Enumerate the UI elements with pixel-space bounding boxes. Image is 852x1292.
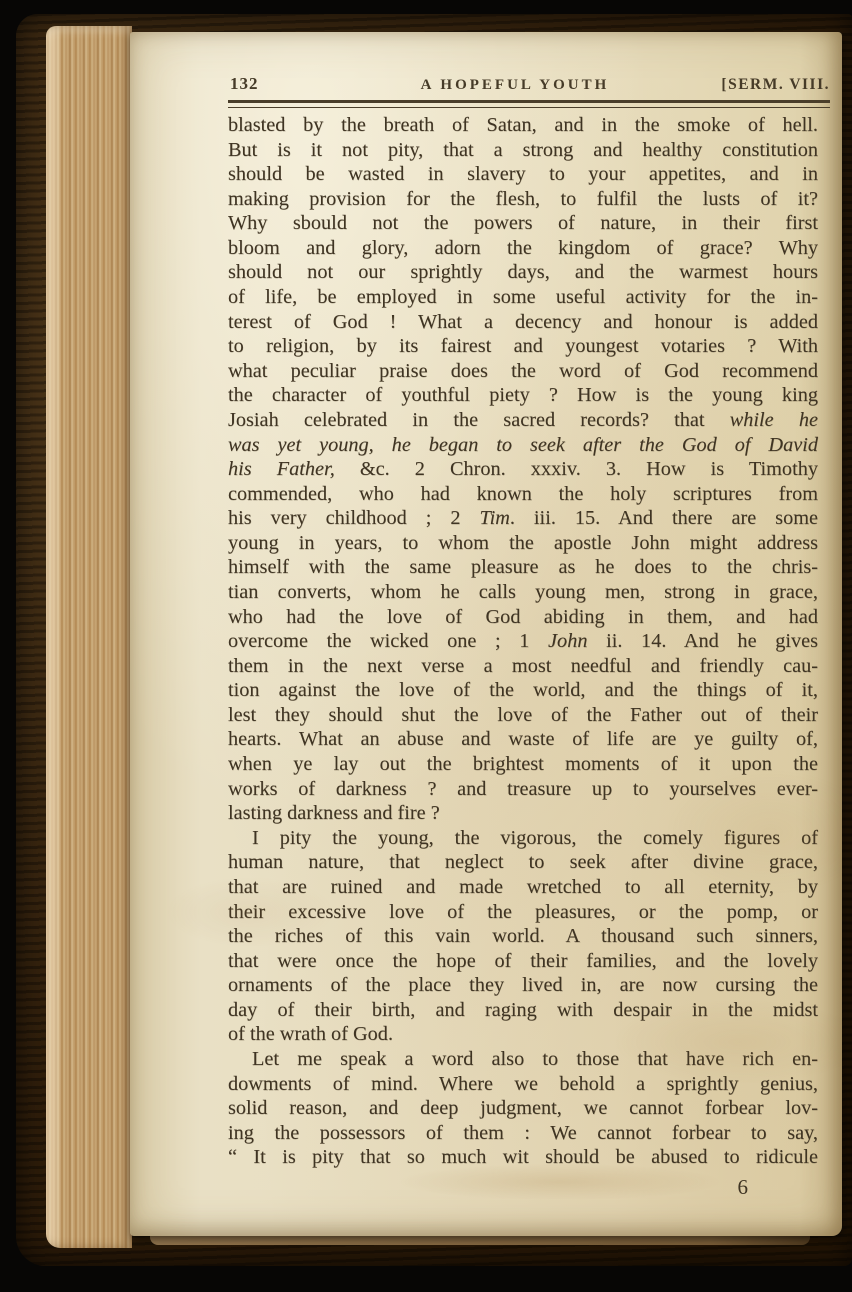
signature-row: 6 xyxy=(228,1175,818,1200)
page-fore-edge xyxy=(46,26,132,1248)
text-line: overcome the wicked one ; 1 John ii. 14.… xyxy=(228,629,818,654)
text-line: should be wasted in slavery to your appe… xyxy=(228,162,818,187)
text-line: ornaments of the place they lived in, ar… xyxy=(228,973,818,998)
text-line: what peculiar praise does the word of Go… xyxy=(228,359,818,384)
signature-mark: 6 xyxy=(738,1175,749,1200)
text-line: that are ruined and made wretched to all… xyxy=(228,875,818,900)
text-line: tion against the love of the world, and … xyxy=(228,678,818,703)
text-line: terest of God ! What a decency and honou… xyxy=(228,310,818,335)
text-line: I pity the young, the vigorous, the come… xyxy=(228,826,818,851)
text-line: to religion, by its fairest and youngest… xyxy=(228,334,818,359)
text-line: lasting darkness and fire ? xyxy=(228,801,818,826)
text-line: But is it not pity, that a strong and he… xyxy=(228,138,818,163)
text-line: Let me speak a word also to those that h… xyxy=(228,1047,818,1072)
body-text: blasted by the breath of Satan, and in t… xyxy=(228,113,818,1170)
text-line: Josiah celebrated in the sacred records?… xyxy=(228,408,818,433)
text-line: day of their birth, and raging with desp… xyxy=(228,998,818,1023)
text-line: tian converts, whom he calls young men, … xyxy=(228,580,818,605)
text-line: solid reason, and deep judgment, we cann… xyxy=(228,1096,818,1121)
running-title: A HOPEFUL YOUTH xyxy=(421,77,610,94)
text-line: when ye lay out the brightest moments of… xyxy=(228,752,818,777)
header-rule xyxy=(228,100,830,108)
text-line: their excessive love of the pleasures, o… xyxy=(228,900,818,925)
book-page: 132 A HOPEFUL YOUTH [SERM. VIII. blasted… xyxy=(130,32,842,1236)
text-line: was yet young, he began to seek after th… xyxy=(228,433,818,458)
text-line: Why sbould not the powers of nature, in … xyxy=(228,211,818,236)
text-line: works of darkness ? and treasure up to y… xyxy=(228,777,818,802)
text-line: should not our sprightly days, and the w… xyxy=(228,260,818,285)
text-line: them in the next verse a most needful an… xyxy=(228,654,818,679)
page-header: 132 A HOPEFUL YOUTH [SERM. VIII. xyxy=(228,74,830,94)
text-line: himself with the same pleasure as he doe… xyxy=(228,555,818,580)
text-line: making provision for the flesh, to fulfi… xyxy=(228,187,818,212)
text-line: commended, who had known the holy script… xyxy=(228,482,818,507)
section-label: [SERM. VIII. xyxy=(623,76,830,94)
text-line: hearts. What an abuse and waste of life … xyxy=(228,727,818,752)
text-line: of life, be employed in some useful acti… xyxy=(228,285,818,310)
text-line: the riches of this vain world. A thousan… xyxy=(228,924,818,949)
text-line: ing the possessors of them : We cannot f… xyxy=(228,1121,818,1146)
text-line: young in years, to whom the apostle John… xyxy=(228,531,818,556)
text-line: “ It is pity that so much wit should be … xyxy=(228,1145,818,1170)
page-number: 132 xyxy=(228,74,435,94)
text-line: lest they should shut the love of the Fa… xyxy=(228,703,818,728)
text-line: that were once the hope of their familie… xyxy=(228,949,818,974)
text-line: dowments of mind. Where we behold a spri… xyxy=(228,1072,818,1097)
text-line: of the wrath of God. xyxy=(228,1022,818,1047)
text-line: his very childhood ; 2 Tim. iii. 15. And… xyxy=(228,506,818,531)
text-line: who had the love of God abiding in them,… xyxy=(228,605,818,630)
photo-background: 132 A HOPEFUL YOUTH [SERM. VIII. blasted… xyxy=(0,0,852,1292)
text-line: bloom and glory, adorn the kingdom of gr… xyxy=(228,236,818,261)
text-line: blasted by the breath of Satan, and in t… xyxy=(228,113,818,138)
text-line: human nature, that neglect to seek after… xyxy=(228,850,818,875)
text-line: the character of youthful piety ? How is… xyxy=(228,383,818,408)
page-bottom-edge xyxy=(150,1236,810,1245)
text-line: his Father, &c. 2 Chron. xxxiv. 3. How i… xyxy=(228,457,818,482)
